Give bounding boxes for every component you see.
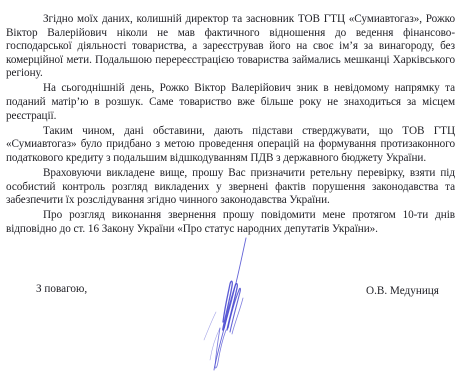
paragraph-director-missing: На сьогоднішній день, Рожко Віктор Валер… [6, 82, 455, 123]
signature-icon [190, 236, 270, 374]
paragraph-conclusion: Таким чином, дані обставини, дають підст… [6, 125, 455, 166]
paragraph-company-background: Згідно моїх даних, колишній директор та … [6, 13, 455, 81]
closing-salutation: З повагою, [36, 282, 87, 296]
signer-name: О.В. Медуниця [366, 284, 439, 298]
paragraph-request: Враховуючи викладене вище, прошу Вас при… [6, 167, 455, 208]
letter-body: Згідно моїх даних, колишній директор та … [6, 13, 455, 238]
paragraph-response-request: Про розгляд виконання звернення прошу по… [6, 209, 455, 236]
